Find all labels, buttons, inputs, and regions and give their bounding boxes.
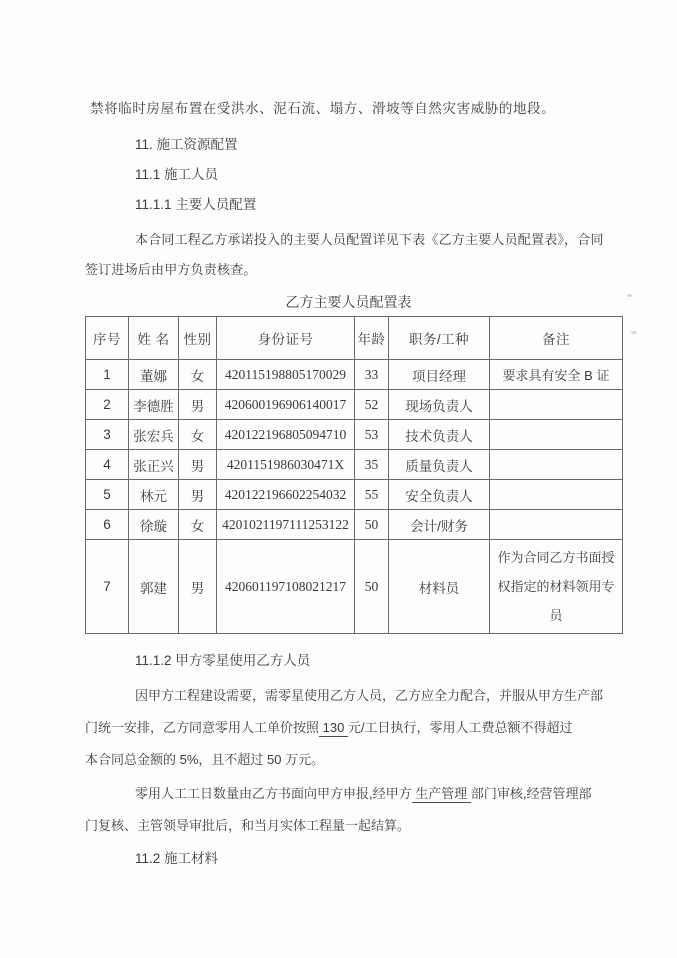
paragraph-hazard: 禁将临时房屋布置在受洪水、泥石流、塌方、滑坡等自然灾害威胁的地段。 — [85, 98, 612, 120]
underlined-rate-value: 130 — [319, 720, 348, 737]
table-cell — [490, 450, 623, 480]
table-cell: 6 — [86, 510, 129, 540]
table-row: 2李德胜男42060019690614001752现场负责人 — [86, 390, 623, 420]
page-content: 禁将临时房屋布置在受洪水、泥石流、塌方、滑坡等自然灾害威胁的地段。 11. 施工… — [85, 98, 612, 870]
heading-11-1-1-key-staff: 11.1.1 主要人员配置 — [85, 194, 612, 216]
table-cell — [490, 480, 623, 510]
table-cell: 35 — [355, 450, 389, 480]
column-header: 职务/工种 — [389, 317, 490, 360]
heading-11-2-materials: 11.2 施工材料 — [85, 848, 612, 870]
table-cell: 5 — [86, 480, 129, 510]
table-cell: 安全负责人 — [389, 480, 490, 510]
paragraph-casual-labor: 因甲方工程建设需要，需零星使用乙方人员，乙方应全力配合，并服从甲方生产部 门统一… — [85, 680, 612, 776]
table-cell: 52 — [355, 390, 389, 420]
table-cell: 董娜 — [129, 360, 179, 390]
table-cell: 4201021197111253122 — [217, 510, 355, 540]
paragraph-settlement: 零用人工工日数量由乙方书面向甲方申报,经甲方 生产管理 部门审核,经营管理部 门… — [85, 778, 612, 842]
table-cell: 作为合同乙方书面授权指定的材料领用专员 — [490, 540, 623, 634]
table-row: 6徐璇女420102119711125312250会计/财务 — [86, 510, 623, 540]
table-row: 1董娜女42011519880517002933项目经理要求具有安全 B 证 — [86, 360, 623, 390]
table-cell: 3 — [86, 420, 129, 450]
column-header: 序号 — [86, 317, 129, 360]
table-cell: 53 — [355, 420, 389, 450]
table-cell: 项目经理 — [389, 360, 490, 390]
table-cell: 1 — [86, 360, 129, 390]
table-cell: 420600196906140017 — [217, 390, 355, 420]
heading-11-resources: 11. 施工资源配置 — [85, 134, 612, 156]
table-cell: 420122196602254032 — [217, 480, 355, 510]
table-cell: 质量负责人 — [389, 450, 490, 480]
paragraph-line: 因甲方工程建设需要，需零星使用乙方人员，乙方应全力配合，并服从甲方生产部 — [135, 688, 603, 703]
table-cell: 李德胜 — [129, 390, 179, 420]
table-cell: 张正兴 — [129, 450, 179, 480]
table-cell: 郭建 — [129, 540, 179, 634]
paragraph-text: 部门审核,经营管理部 — [471, 786, 592, 801]
column-header: 年龄 — [355, 317, 389, 360]
table-cell: 材料员 — [389, 540, 490, 634]
scan-speck — [627, 294, 632, 297]
scan-speck — [631, 331, 637, 334]
table-cell: 张宏兵 — [129, 420, 179, 450]
paragraph-line: 禁将临时房屋布置在受洪水、泥石流、塌方、滑坡等自然灾害威胁的地段。 — [90, 101, 555, 116]
table-cell — [490, 510, 623, 540]
heading-11-1-personnel: 11.1 施工人员 — [85, 164, 612, 186]
table-cell: 男 — [179, 450, 217, 480]
table-cell: 男 — [179, 390, 217, 420]
table-row: 4张正兴男4201151986030471X35质量负责人 — [86, 450, 623, 480]
underlined-department-value: 生产管理 — [412, 786, 471, 803]
column-header: 备注 — [490, 317, 623, 360]
paragraph-line: 本合同总金额的 5%，且不超过 50 万元。 — [85, 752, 324, 767]
table-cell: 技术负责人 — [389, 420, 490, 450]
paragraph-line: 门统一安排，乙方同意零用人工单价按照 130 元/工日执行，零用人工费总额不得超… — [85, 720, 573, 737]
table-cell — [490, 390, 623, 420]
table-row: 5林元男42012219660225403255安全负责人 — [86, 480, 623, 510]
column-header: 姓 名 — [129, 317, 179, 360]
paragraph-line: 零用人工工日数量由乙方书面向甲方申报,经甲方 生产管理 部门审核,经营管理部 — [135, 786, 591, 803]
table-cell: 420601197108021217 — [217, 540, 355, 634]
paragraph-text: 门统一安排，乙方同意零用人工单价按照 — [85, 720, 319, 735]
table-cell: 男 — [179, 540, 217, 634]
table-cell: 会计/财务 — [389, 510, 490, 540]
table-row: 7郭建男42060119710802121750材料员作为合同乙方书面授权指定的… — [86, 540, 623, 634]
personnel-table: 序号姓 名性别身份证号年龄职务/工种备注 1董娜女420115198805170… — [85, 316, 623, 634]
table-cell: 50 — [355, 540, 389, 634]
table-cell: 女 — [179, 510, 217, 540]
table-cell: 50 — [355, 510, 389, 540]
table-cell: 2 — [86, 390, 129, 420]
table-cell: 4 — [86, 450, 129, 480]
table-cell: 现场负责人 — [389, 390, 490, 420]
table-cell: 55 — [355, 480, 389, 510]
table-cell: 男 — [179, 480, 217, 510]
paragraph-line: 门复核、主管领导审批后，和当月实体工程量一起结算。 — [85, 818, 410, 833]
column-header: 性别 — [179, 317, 217, 360]
paragraph-line: 签订进场后由甲方负责核查。 — [85, 262, 257, 277]
table-row: 3张宏兵女42012219680509471053技术负责人 — [86, 420, 623, 450]
table-cell: 420122196805094710 — [217, 420, 355, 450]
table-cell: 要求具有安全 B 证 — [490, 360, 623, 390]
table-body: 1董娜女42011519880517002933项目经理要求具有安全 B 证2李… — [86, 360, 623, 634]
paragraph-text: 零用人工工日数量由乙方书面向甲方申报,经甲方 — [135, 786, 412, 801]
table-head: 序号姓 名性别身份证号年龄职务/工种备注 — [86, 317, 623, 360]
table-cell: 徐璇 — [129, 510, 179, 540]
paragraph-intro: 本合同工程乙方承诺投入的主要人员配置详见下表《乙方主要人员配置表》，合同 签订进… — [85, 225, 612, 285]
table-title: 乙方主要人员配置表 — [85, 291, 612, 313]
paragraph-line: 本合同工程乙方承诺投入的主要人员配置详见下表《乙方主要人员配置表》，合同 — [135, 232, 604, 247]
column-header: 身份证号 — [217, 317, 355, 360]
scanned-contract-page: 禁将临时房屋布置在受洪水、泥石流、塌方、滑坡等自然灾害威胁的地段。 11. 施工… — [0, 0, 677, 958]
table-cell: 7 — [86, 540, 129, 634]
paragraph-text: 元/工日执行，零用人工费总额不得超过 — [348, 720, 573, 735]
table-header-row: 序号姓 名性别身份证号年龄职务/工种备注 — [86, 317, 623, 360]
table-cell: 4201151986030471X — [217, 450, 355, 480]
table-cell: 女 — [179, 360, 217, 390]
table-cell — [490, 420, 623, 450]
table-cell: 33 — [355, 360, 389, 390]
table-cell: 林元 — [129, 480, 179, 510]
heading-11-1-2-casual-labor: 11.1.2 甲方零星使用乙方人员 — [85, 650, 612, 672]
table-cell: 420115198805170029 — [217, 360, 355, 390]
table-cell: 女 — [179, 420, 217, 450]
